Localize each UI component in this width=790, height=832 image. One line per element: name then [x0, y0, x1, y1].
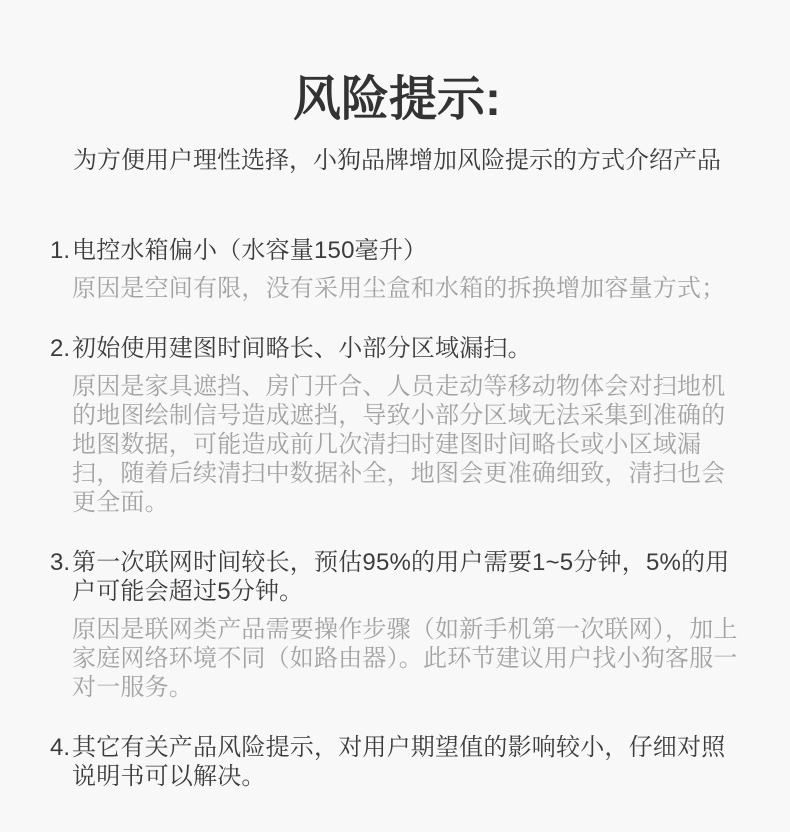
- risk-item-3-content: 第一次联网时间较长，预估95%的用户需要1~5分钟，5%的用户可能会超过5分钟。…: [72, 548, 744, 702]
- risk-notice-page: 风险提示: 为方便用户理性选择，小狗品牌增加风险提示的方式介绍产品 1. 电控水…: [0, 0, 790, 832]
- risk-item-3-detail: 原因是联网类产品需要操作步骤（如新手机第一次联网），加上家庭网络环境不同（如路由…: [72, 615, 744, 702]
- risk-item-3-heading: 第一次联网时间较长，预估95%的用户需要1~5分钟，5%的用户可能会超过5分钟。: [72, 548, 744, 606]
- risk-list: 1. 电控水箱偏小（水容量150毫升） 原因是空间有限，没有采用尘盒和水箱的拆换…: [50, 236, 744, 791]
- risk-item-1-heading: 电控水箱偏小（水容量150毫升）: [72, 236, 744, 265]
- risk-item-2-content: 初始使用建图时间略长、小部分区域漏扫。 原因是家具遮挡、房门开合、人员走动等移动…: [72, 334, 744, 517]
- risk-item-1-number: 1.: [50, 236, 72, 303]
- page-title: 风险提示:: [50, 76, 744, 124]
- risk-item-3-number: 3.: [50, 548, 72, 702]
- risk-item-3: 3. 第一次联网时间较长，预估95%的用户需要1~5分钟，5%的用户可能会超过5…: [50, 548, 744, 702]
- risk-item-2-heading: 初始使用建图时间略长、小部分区域漏扫。: [72, 334, 744, 363]
- risk-item-4-heading: 其它有关产品风险提示，对用户期望值的影响较小，仔细对照说明书可以解决。: [72, 733, 744, 791]
- risk-item-4-content: 其它有关产品风险提示，对用户期望值的影响较小，仔细对照说明书可以解决。: [72, 733, 744, 791]
- risk-item-4: 4. 其它有关产品风险提示，对用户期望值的影响较小，仔细对照说明书可以解决。: [50, 733, 744, 791]
- risk-item-1-detail: 原因是空间有限，没有采用尘盒和水箱的拆换增加容量方式；: [72, 274, 744, 303]
- risk-item-2-detail: 原因是家具遮挡、房门开合、人员走动等移动物体会对扫地机的地图绘制信号造成遮挡，导…: [72, 372, 744, 517]
- risk-item-2-number: 2.: [50, 334, 72, 517]
- risk-item-1: 1. 电控水箱偏小（水容量150毫升） 原因是空间有限，没有采用尘盒和水箱的拆换…: [50, 236, 744, 303]
- risk-item-2: 2. 初始使用建图时间略长、小部分区域漏扫。 原因是家具遮挡、房门开合、人员走动…: [50, 334, 744, 517]
- risk-item-4-number: 4.: [50, 733, 72, 791]
- page-subtitle: 为方便用户理性选择，小狗品牌增加风险提示的方式介绍产品: [50, 148, 744, 174]
- risk-item-1-content: 电控水箱偏小（水容量150毫升） 原因是空间有限，没有采用尘盒和水箱的拆换增加容…: [72, 236, 744, 303]
